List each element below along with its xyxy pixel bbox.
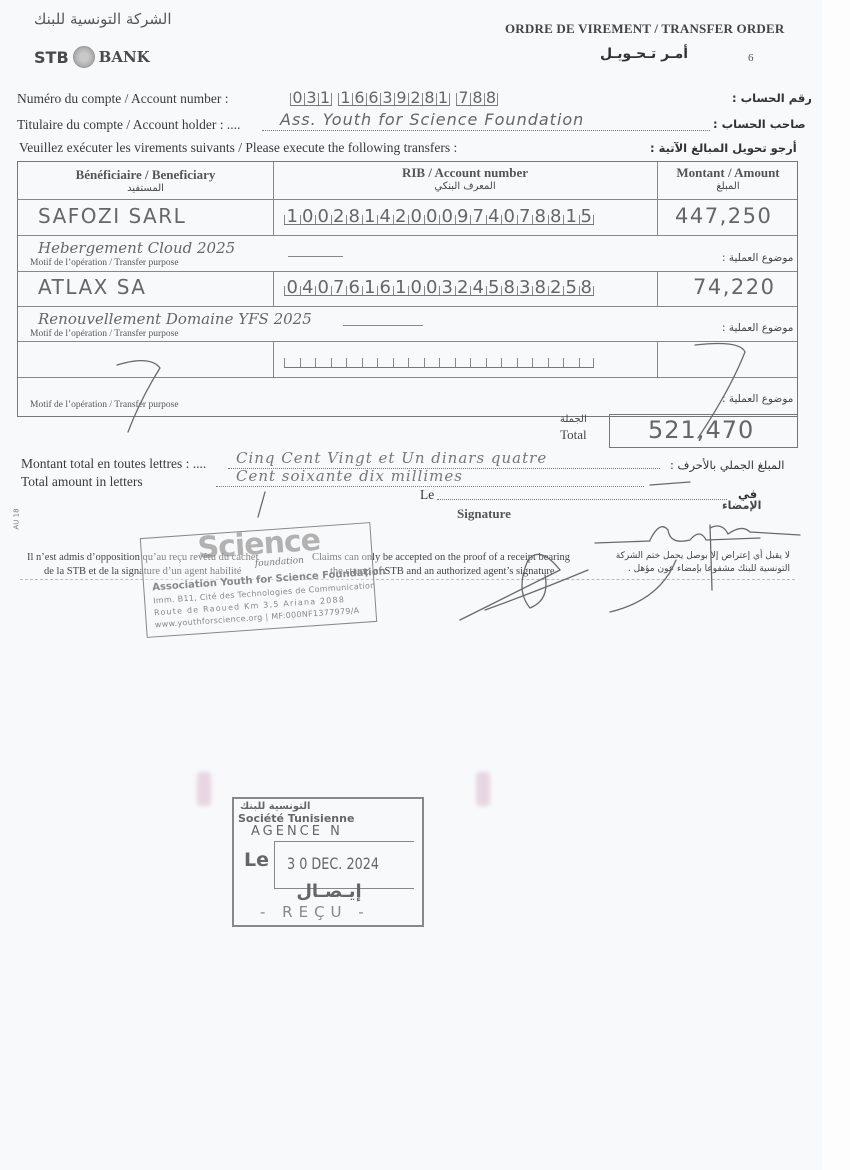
row1-beneficiary[interactable]: SAFOZI SARL bbox=[38, 204, 186, 228]
rib-digit: 8 bbox=[532, 215, 548, 224]
row1-purpose-label-arabic: موضوع العملية : bbox=[722, 252, 793, 264]
account-digit: 6 bbox=[352, 93, 366, 105]
row1-purpose-label: Motif de l’opération / Transfer purpose bbox=[30, 258, 179, 268]
rib-digit bbox=[439, 358, 455, 367]
row1-purpose[interactable]: Hebergement Cloud 2025 bbox=[38, 239, 235, 257]
rib-digit: 2 bbox=[393, 215, 409, 224]
rib-digit: 1 bbox=[362, 286, 378, 295]
rib-digit: 0 bbox=[424, 215, 440, 224]
total-label: الجملة Total bbox=[560, 412, 587, 442]
rib-digit: 5 bbox=[579, 215, 595, 224]
account-digit: 7 bbox=[456, 93, 470, 105]
rib-digit: 1 bbox=[362, 215, 378, 224]
rib-digit: 3 bbox=[517, 286, 533, 295]
account-digit: 1 bbox=[338, 93, 352, 105]
bank-stamp-name-arabic: التونسية للبنك bbox=[240, 801, 310, 812]
rib-digit: 4 bbox=[470, 286, 486, 295]
amount-letters-line2: Cent soixante dix millimes bbox=[236, 467, 463, 485]
account-digit: 8 bbox=[422, 93, 436, 105]
stb-bank-logo: STB BANK bbox=[34, 46, 150, 68]
rib-digit bbox=[501, 358, 517, 367]
rib-digit bbox=[315, 358, 331, 367]
side-mark: AU 18 bbox=[13, 508, 21, 529]
rib-digit: 4 bbox=[300, 286, 316, 295]
beneficiary-header-arabic: المستفيد bbox=[18, 183, 273, 194]
transfers-table: Bénéficiaire / Beneficiary المستفيد RIB … bbox=[17, 161, 798, 417]
rib-digit: 3 bbox=[439, 286, 455, 295]
row2-purpose-label-arabic: موضوع العملية : bbox=[722, 322, 793, 334]
account-holder-label-arabic: صاحب الحساب : bbox=[713, 117, 806, 131]
rib-digit: 8 bbox=[579, 286, 595, 295]
instruction-text: Veuillez exécuter les virements suivants… bbox=[19, 140, 457, 156]
bank-stamp-received: - REÇU - bbox=[260, 903, 370, 921]
account-number-label: Numéro du compte / Account number : bbox=[17, 91, 228, 107]
rib-digit: 0 bbox=[284, 286, 300, 295]
row2-purpose-label: Motif de l’opération / Transfer purpose bbox=[30, 329, 179, 339]
rib-digit: 4 bbox=[486, 215, 502, 224]
rib-digit: 8 bbox=[548, 215, 564, 224]
rib-digit: 5 bbox=[486, 286, 502, 295]
bank-emblem-icon bbox=[73, 46, 95, 68]
row3-purpose-label-arabic: موضوع العملية : bbox=[722, 393, 793, 405]
amount-letters-label-en: Total amount in letters bbox=[21, 474, 143, 490]
logo-bank-text: BANK bbox=[99, 48, 150, 66]
rib-digit: 7 bbox=[517, 215, 533, 224]
rib-digit: 1 bbox=[393, 286, 409, 295]
handwritten-mark: 6 bbox=[748, 52, 754, 64]
total-label-text: Total bbox=[560, 427, 587, 442]
amount-letters-label-fr: Montant total en toutes lettres : .... bbox=[21, 456, 206, 472]
bank-stamp-received-arabic: إيـصـال bbox=[244, 881, 414, 902]
smudge-mark bbox=[197, 772, 211, 806]
rib-digit: 8 bbox=[532, 286, 548, 295]
amount-letters-line1: Cinq Cent Vingt et Un dinars quatre bbox=[236, 449, 547, 467]
rib-header: RIB / Account number bbox=[273, 165, 657, 181]
signature-label-arabic: الإمضاء bbox=[722, 499, 761, 512]
bank-stamp-agency: AGENCE N bbox=[251, 824, 343, 839]
rib-digit: 5 bbox=[563, 286, 579, 295]
notice-arabic: لا يقبل أي إعتراض إلا بوصل يحمل ختم الشر… bbox=[590, 550, 790, 576]
amount-letters-label-arabic: المبلغ الجملي بالأحرف : bbox=[670, 458, 784, 472]
association-stamp: Science foundation Association Youth for… bbox=[140, 522, 377, 638]
rib-digit bbox=[424, 358, 440, 367]
row1-amount[interactable]: 447,250 bbox=[675, 204, 772, 228]
row2-amount[interactable]: 74,220 bbox=[693, 275, 775, 299]
amount-header-arabic: المبلغ bbox=[657, 181, 799, 192]
notice-arabic-line2: التونسية للبنك مشفوعا بإمضاء عون مؤهل . bbox=[590, 563, 790, 576]
rib-digit: 0 bbox=[501, 215, 517, 224]
rib-digit bbox=[346, 358, 362, 367]
rib-digit: 0 bbox=[408, 215, 424, 224]
bank-stamp-date: 3 0 DEC. 2024 bbox=[287, 854, 379, 873]
account-digit: 6 bbox=[366, 93, 380, 105]
row2-beneficiary[interactable]: ATLAX SA bbox=[38, 275, 146, 299]
account-digit: 9 bbox=[394, 93, 408, 105]
account-digit: 0 bbox=[290, 93, 304, 105]
rib-digit bbox=[455, 358, 471, 367]
instruction-text-arabic: أرجو تحويل المبالغ الآتية : bbox=[650, 141, 797, 155]
rib-digit: 6 bbox=[377, 286, 393, 295]
scan-edge bbox=[822, 0, 850, 1170]
row3-amount[interactable] bbox=[663, 345, 793, 373]
rib-digit bbox=[377, 358, 393, 367]
date-place-label: Le bbox=[420, 487, 434, 503]
rib-digit: 0 bbox=[300, 215, 316, 224]
account-digit: 2 bbox=[408, 93, 422, 105]
rib-digit: 2 bbox=[455, 286, 471, 295]
account-number-segment: 788 bbox=[456, 84, 498, 106]
account-digit: 8 bbox=[484, 93, 498, 105]
logo-stb-text: STB bbox=[34, 48, 69, 67]
rib-digit bbox=[408, 358, 424, 367]
rib-digit: 1 bbox=[284, 215, 300, 224]
rib-digit: 7 bbox=[470, 215, 486, 224]
total-label-arabic: الجملة bbox=[560, 412, 587, 427]
beneficiary-header: Bénéficiaire / Beneficiary bbox=[18, 167, 273, 183]
rib-digit bbox=[331, 358, 347, 367]
smudge-mark bbox=[476, 772, 490, 806]
amount-letters-line2-field[interactable]: Cent soixante dix millimes bbox=[216, 470, 644, 487]
rib-digit: 1 bbox=[563, 215, 579, 224]
document-title-arabic: أمـر تـحـويـل bbox=[600, 46, 688, 62]
row2-rib-field[interactable]: 04076161003245838258 bbox=[284, 276, 594, 296]
account-digit: 3 bbox=[380, 93, 394, 105]
bank-received-stamp: التونسية للبنك Société Tunisienne AGENCE… bbox=[232, 797, 424, 927]
rib-digit: 0 bbox=[315, 215, 331, 224]
account-holder-value: Ass. Youth for Science Foundation bbox=[280, 110, 584, 129]
rib-digit bbox=[470, 358, 486, 367]
rib-digit bbox=[362, 358, 378, 367]
rib-digit bbox=[393, 358, 409, 367]
account-digit: 1 bbox=[318, 93, 332, 105]
amount-header: Montant / Amount bbox=[657, 165, 799, 181]
account-number-field[interactable]: 03116639281788 bbox=[290, 84, 498, 106]
rib-digit bbox=[548, 358, 564, 367]
rib-digit: 0 bbox=[439, 215, 455, 224]
bank-name-arabic: الشركة التونسية للبنك bbox=[34, 10, 171, 28]
row1-rib-field[interactable]: 10028142000974078815 bbox=[284, 205, 594, 225]
account-number-segment: 031 bbox=[290, 84, 332, 106]
notice-arabic-line1: لا يقبل أي إعتراض إلا بوصل يحمل ختم الشر… bbox=[590, 550, 790, 563]
document-title: ORDRE DE VIREMENT / TRANSFER ORDER bbox=[505, 21, 784, 37]
rib-header-arabic: المعرف البنكي bbox=[273, 181, 657, 192]
rib-digit: 4 bbox=[377, 215, 393, 224]
account-digit: 8 bbox=[470, 93, 484, 105]
rib-digit bbox=[563, 358, 579, 367]
rib-digit: 8 bbox=[501, 286, 517, 295]
rib-digit: 8 bbox=[346, 215, 362, 224]
row3-purpose-label: Motif de l’opération / Transfer purpose bbox=[30, 400, 179, 410]
rib-digit: 0 bbox=[424, 286, 440, 295]
signature-label: Signature bbox=[457, 506, 511, 522]
account-holder-field[interactable]: Ass. Youth for Science Foundation bbox=[262, 114, 710, 131]
rib-digit: 2 bbox=[331, 215, 347, 224]
account-number-label-arabic: رقم الحساب : bbox=[732, 91, 812, 105]
divider-dashed bbox=[20, 579, 795, 580]
rib-digit: 6 bbox=[346, 286, 362, 295]
transfer-order-document: الشركة التونسية للبنك STB BANK ORDRE DE … bbox=[0, 0, 822, 1170]
total-value: 521,470 bbox=[648, 416, 754, 444]
rib-digit: 2 bbox=[548, 286, 564, 295]
rib-digit bbox=[284, 358, 300, 367]
rib-digit bbox=[486, 358, 502, 367]
account-digit: 3 bbox=[304, 93, 318, 105]
row3-rib-field[interactable] bbox=[284, 348, 594, 368]
rib-digit: 7 bbox=[331, 286, 347, 295]
rib-digit bbox=[579, 358, 595, 367]
rib-digit: 0 bbox=[408, 286, 424, 295]
rib-digit bbox=[300, 358, 316, 367]
association-logo-sub: foundation bbox=[255, 556, 305, 569]
rib-digit: 0 bbox=[315, 286, 331, 295]
account-digit: 1 bbox=[436, 93, 450, 105]
rib-digit bbox=[532, 358, 548, 367]
row3-beneficiary[interactable] bbox=[30, 345, 266, 373]
account-holder-label: Titulaire du compte / Account holder : .… bbox=[17, 117, 240, 133]
rib-digit bbox=[517, 358, 533, 367]
bank-stamp-le: Le bbox=[244, 849, 269, 871]
rib-digit: 9 bbox=[455, 215, 471, 224]
date-place-field[interactable] bbox=[437, 486, 727, 500]
row2-purpose[interactable]: Renouvellement Domaine YFS 2025 bbox=[38, 310, 312, 328]
account-number-segment: 16639281 bbox=[338, 84, 450, 106]
